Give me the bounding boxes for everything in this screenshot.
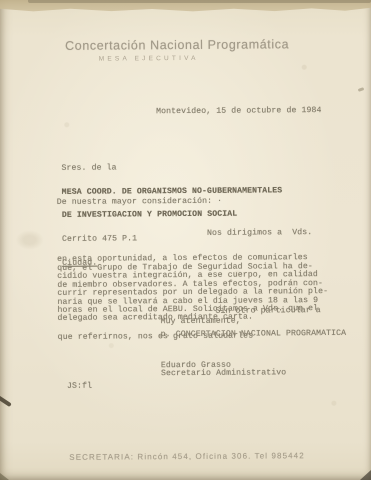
letter-content: Concertación Nacional Programática MESA … — [0, 0, 371, 480]
footer-secretary-line: SECRETARIA: Rincón 454, Oficina 306. Tel… — [1, 451, 371, 463]
letterhead-title: Concertación Nacional Programática — [0, 37, 356, 53]
dateline: Montevideo, 15 de octubre de 1984 — [156, 107, 322, 117]
letterhead-subtitle: MESA EJECUTIVA — [0, 54, 299, 63]
scanned-letter-page: Concertación Nacional Programática MESA … — [0, 0, 371, 480]
signatory-title: Secretario Administrativo — [161, 369, 286, 378]
recipient-salutation: Sres. de la — [61, 163, 282, 172]
recipient-org-line1: MESA COORD. DE ORGANISMOS NO-GUBERNAMENT… — [62, 187, 283, 196]
body-line: Nos dirigimos a Vds. — [57, 229, 328, 239]
salutation-line: De nuestra mayor consideración: · — [57, 198, 223, 208]
valediction: Muy atentamente, — [161, 318, 241, 327]
on-behalf-line: p. CONCERTACION NACIONAL PROGRAMATICA — [161, 330, 347, 340]
typist-initials: JS:fl — [67, 383, 92, 392]
body-line: Sin otro particular a — [57, 307, 320, 317]
